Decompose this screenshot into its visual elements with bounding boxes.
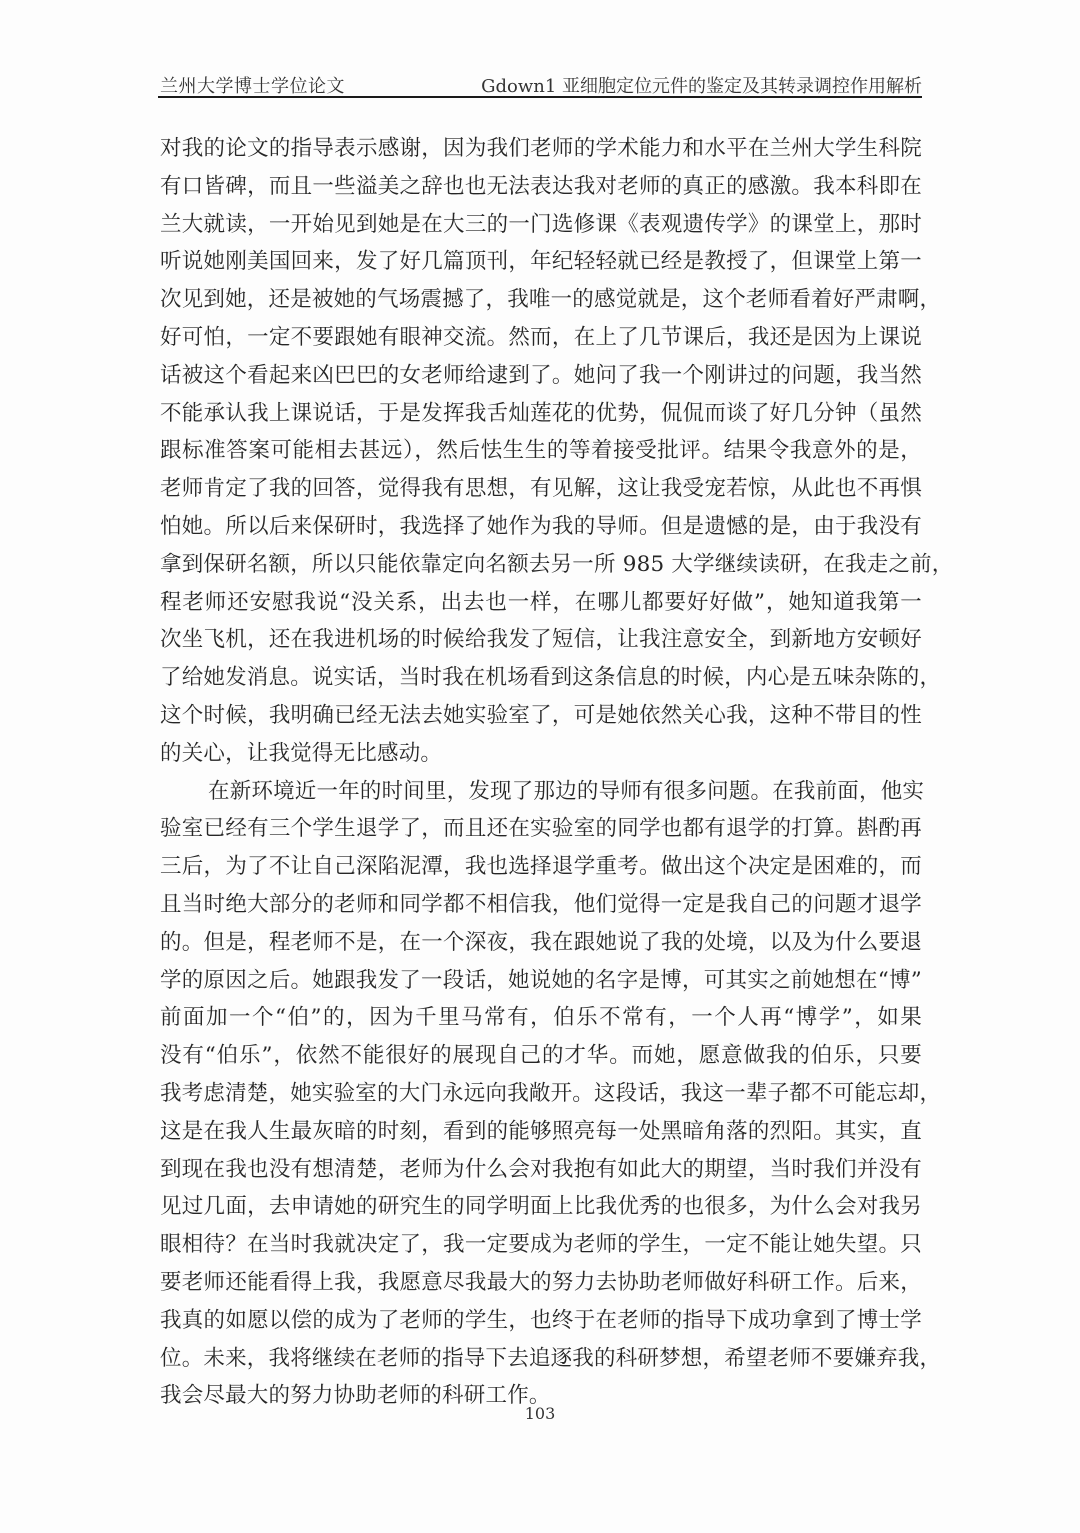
text-line: 怕她。所以后来保研时，我选择了她作为我的导师。但是遗憾的是，由于我没有 — [160, 508, 922, 546]
text-line: 要老师还能看得上我，我愿意尽我最大的努力去协助老师做好科研工作。后来， — [160, 1264, 922, 1302]
text-line: 眼相待？在当时我就决定了，我一定要成为老师的学生，一定不能让她失望。只 — [160, 1226, 922, 1264]
text-line: 好可怕，一定不要跟她有眼神交流。然而，在上了几节课后，我还是因为上课说 — [160, 319, 922, 357]
text-line: 前面加一个“伯”的，因为千里马常有，伯乐不常有，一个人再“博学”，如果 — [160, 999, 922, 1037]
text-line: 到现在我也没有想清楚，老师为什么会对我抱有如此大的期望，当时我们并没有 — [160, 1151, 922, 1189]
text-line: 次坐飞机，还在我进机场的时候给我发了短信，让我注意安全，到新地方安顿好 — [160, 621, 922, 659]
text-line: 我真的如愿以偿的成为了老师的学生，也终于在老师的指导下成功拿到了博士学 — [160, 1302, 922, 1340]
text-line: 老师肯定了我的回答，觉得我有思想，有见解，这让我受宠若惊，从此也不再惧 — [160, 470, 922, 508]
text-line: 听说她刚美国回来，发了好几篇顶刊，年纪轻轻就已经是教授了，但课堂上第一 — [160, 243, 922, 281]
running-header: 兰州大学博士学位论文 Gdown1 亚细胞定位元件的鉴定及其转录调控作用解析 — [158, 70, 922, 96]
text-line: 的。但是，程老师不是，在一个深夜，我在跟她说了我的处境，以及为什么要退 — [160, 924, 922, 962]
text-line: 验室已经有三个学生退学了，而且还在实验室的同学也都有退学的打算。斟酌再 — [160, 810, 922, 848]
text-line: 这是在我人生最灰暗的时刻，看到的能够照亮每一处黑暗角落的烈阳。其实，直 — [160, 1113, 922, 1151]
text-line: 我考虑清楚，她实验室的大门永远向我敞开。这段话，我这一辈子都不可能忘却， — [160, 1075, 922, 1113]
paragraph-end-line: 的关心，让我觉得无比感动。 — [160, 735, 922, 773]
thesis-page: 兰州大学博士学位论文 Gdown1 亚细胞定位元件的鉴定及其转录调控作用解析 对… — [0, 0, 1080, 1533]
page-number: 103 — [0, 1404, 1080, 1423]
text-line: 跟标准答案可能相去甚远），然后怯生生的等着接受批评。结果令我意外的是， — [160, 432, 922, 470]
text-line: 程老师还安慰我说“没关系，出去也一样，在哪儿都要好好做”，她知道我第一 — [160, 584, 922, 622]
text-line: 拿到保研名额，所以只能依靠定向名额去另一所 985 大学继续读研，在我走之前， — [160, 546, 922, 584]
header-rule — [158, 96, 922, 98]
text-line: 见过几面，去申请她的研究生的同学明面上比我优秀的也很多，为什么会对我另 — [160, 1188, 922, 1226]
text-line: 兰大就读，一开始见到她是在大三的一门选修课《表观遗传学》的课堂上，那时 — [160, 206, 922, 244]
text-line: 不能承认我上课说话，于是发挥我舌灿莲花的优势，侃侃而谈了好几分钟（虽然 — [160, 395, 922, 433]
text-line: 话被这个看起来凶巴巴的女老师给逮到了。她问了我一个刚讲过的问题，我当然 — [160, 357, 922, 395]
text-line: 有口皆碑，而且一些溢美之辞也也无法表达我对老师的真正的感激。我本科即在 — [160, 168, 922, 206]
acknowledgement-body: 对我的论文的指导表示感谢，因为我们老师的学术能力和水平在兰州大学生科院 有口皆碑… — [160, 130, 922, 1415]
text-line: 了给她发消息。说实话，当时我在机场看到这条信息的时候，内心是五味杂陈的， — [160, 659, 922, 697]
text-line: 三后，为了不让自己深陷泥潭，我也选择退学重考。做出这个决定是困难的，而 — [160, 848, 922, 886]
text-line: 学的原因之后。她跟我发了一段话，她说她的名字是博，可其实之前她想在“博” — [160, 962, 922, 1000]
text-line: 这个时候，我明确已经无法去她实验室了，可是她依然关心我，这种不带目的性 — [160, 697, 922, 735]
paragraph-start-line: 在新环境近一年的时间里，发现了那边的导师有很多问题。在我前面，他实 — [160, 773, 922, 811]
text-line: 次见到她，还是被她的气场震撼了，我唯一的感觉就是，这个老师看着好严肃啊， — [160, 281, 922, 319]
header-thesis-title: Gdown1 亚细胞定位元件的鉴定及其转录调控作用解析 — [481, 72, 922, 98]
text-line: 位。未来，我将继续在老师的指导下去追逐我的科研梦想，希望老师不要嫌弃我， — [160, 1340, 922, 1378]
text-line: 对我的论文的指导表示感谢，因为我们老师的学术能力和水平在兰州大学生科院 — [160, 130, 922, 168]
text-line: 没有“伯乐”，依然不能很好的展现自己的才华。而她，愿意做我的伯乐，只要 — [160, 1037, 922, 1075]
text-line: 且当时绝大部分的老师和同学都不相信我，他们觉得一定是我自己的问题才退学 — [160, 886, 922, 924]
header-university-title: 兰州大学博士学位论文 — [160, 72, 345, 98]
